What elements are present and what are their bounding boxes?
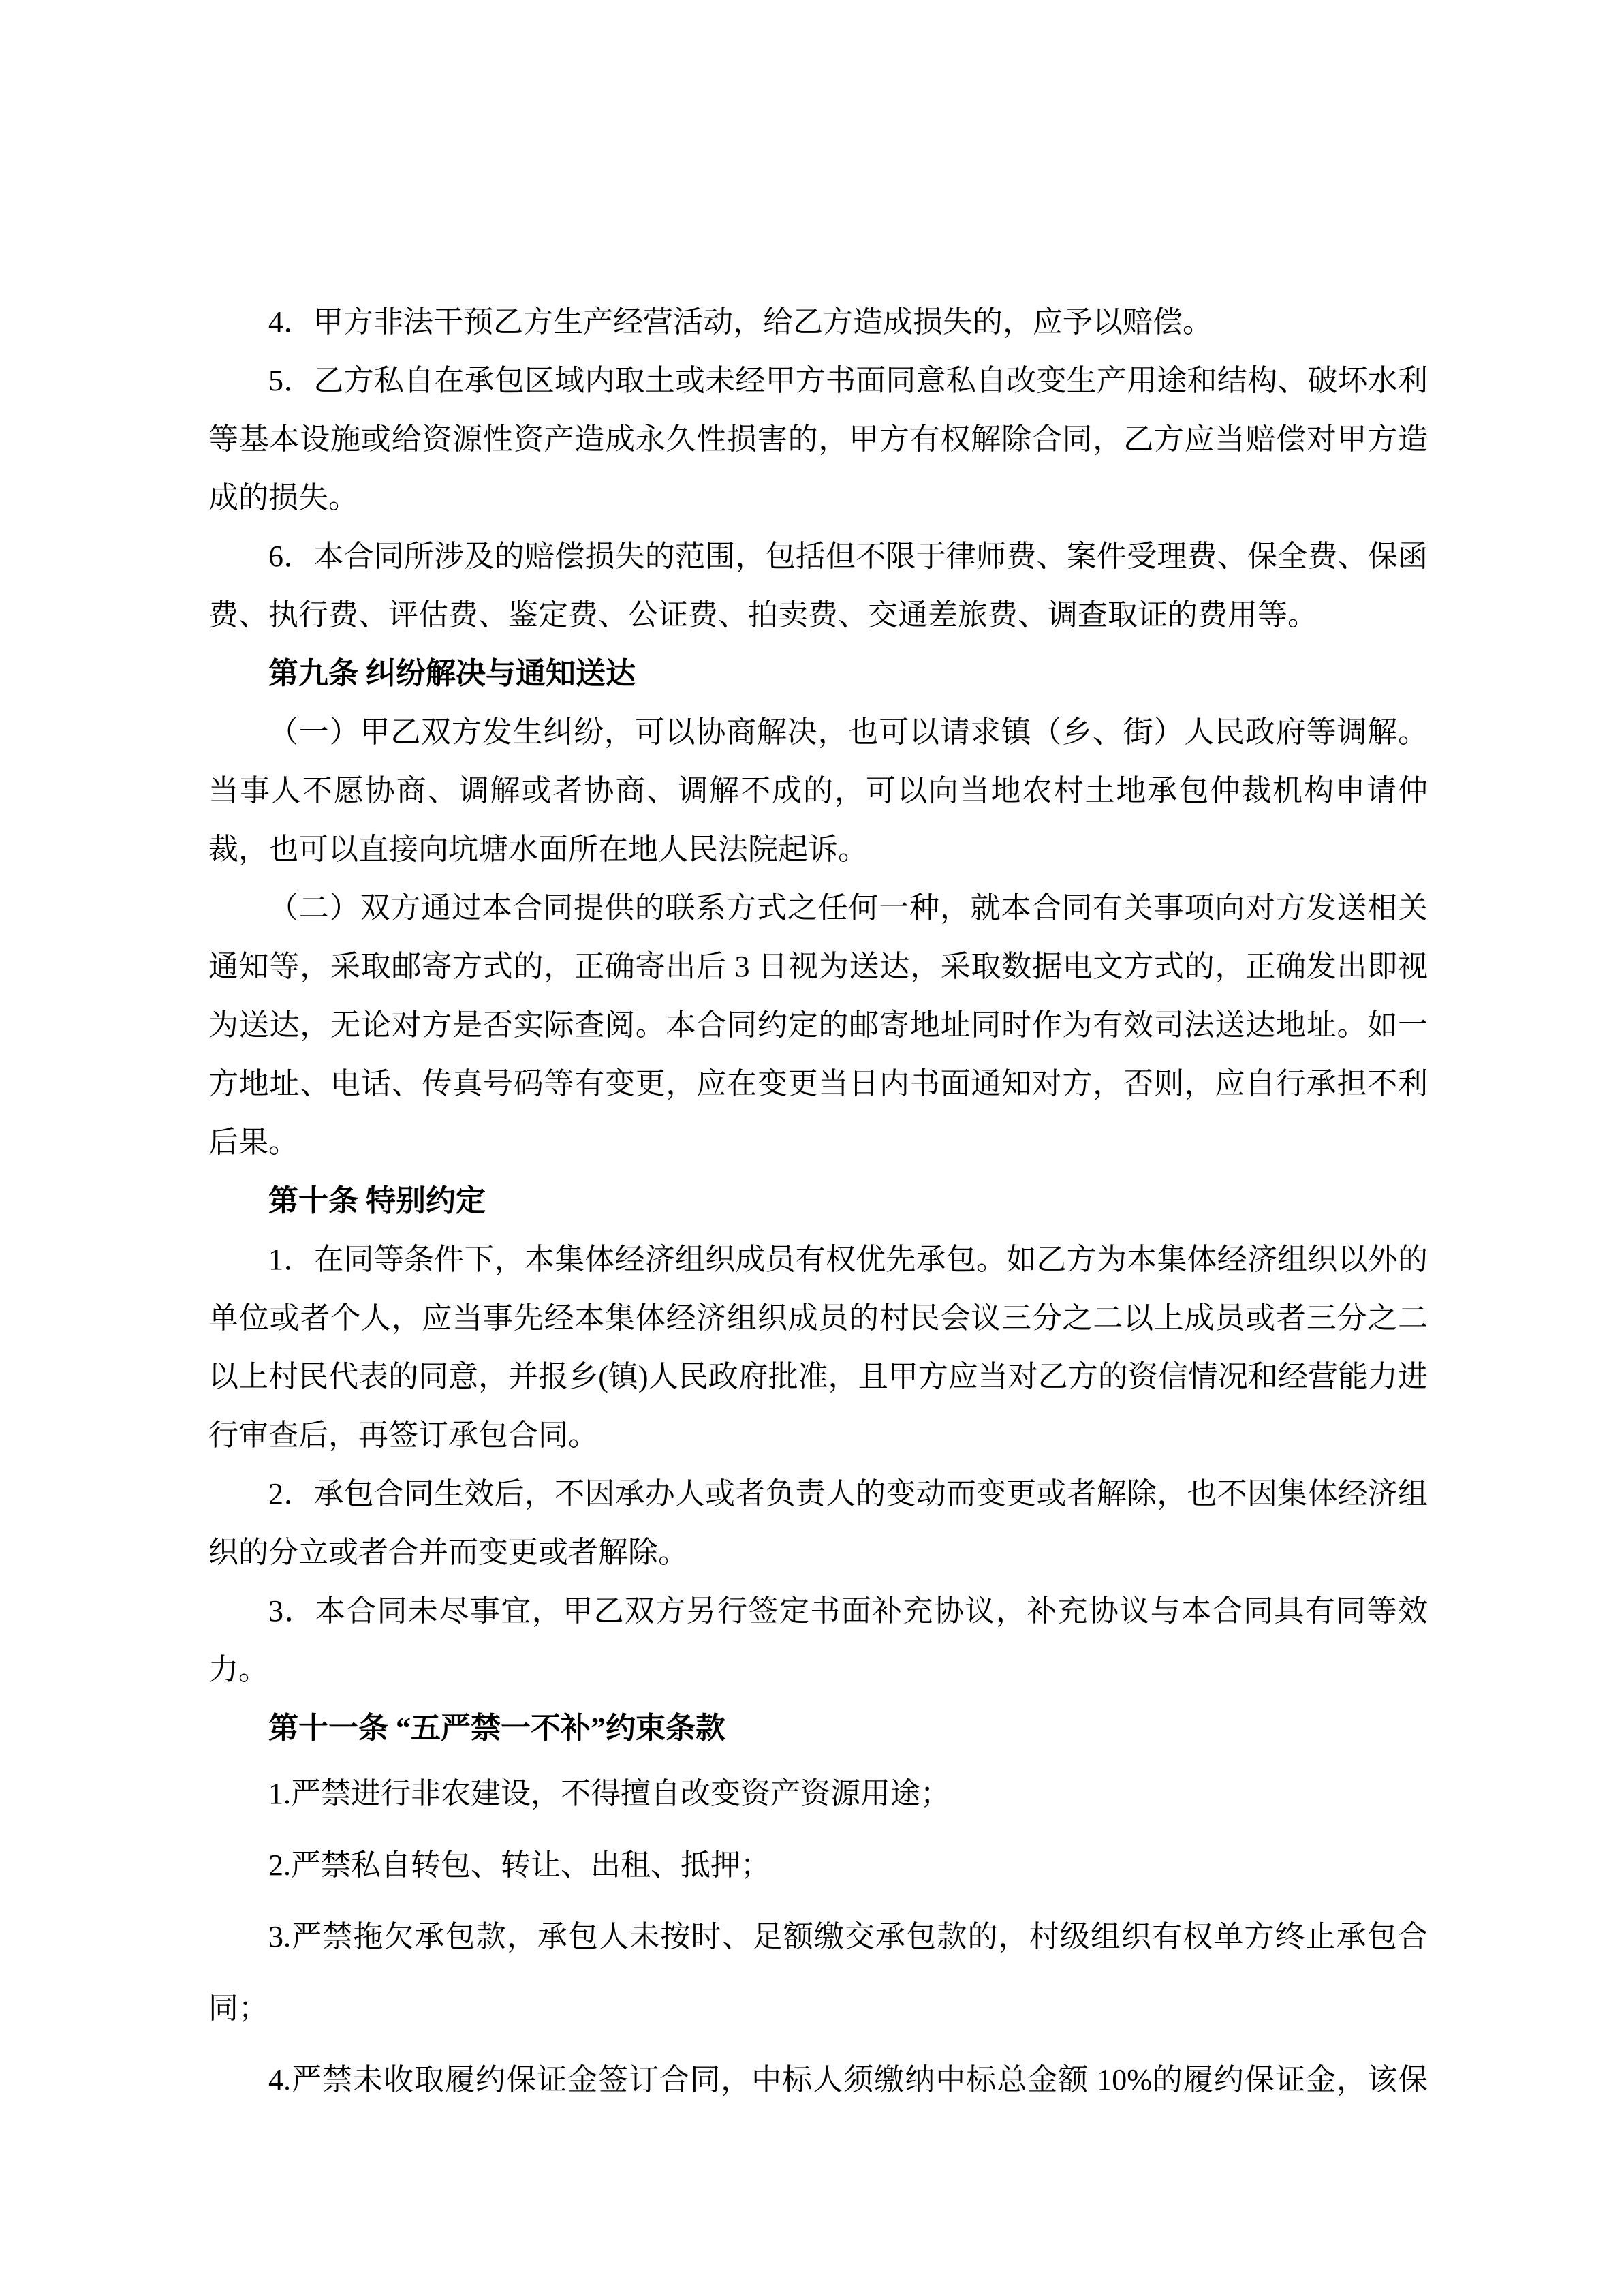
heading-article-9: 第九条 纠纷解决与通知送达 [208,645,1428,703]
clause-special-1: 1．在同等条件下，本集体经济组织成员有权优先承包。如乙方为本集体经济组织以外的单… [208,1230,1428,1465]
document-page: 4．甲方非法干预乙方生产经营活动，给乙方造成损失的，应予以赔偿。 5．乙方私自在… [0,0,1624,2294]
clause-special-2: 2．承包合同生效后，不因承办人或者负责人的变动而变更或者解除，也不因集体经济组织… [208,1465,1428,1582]
clause-dispute-1: （一）甲乙双方发生纠纷，可以协商解决，也可以请求镇（乡、街）人民政府等调解。当事… [208,703,1428,879]
clause-6: 6．本合同所涉及的赔偿损失的范围，包括但不限于律师费、案件受理费、保全费、保函费… [208,527,1428,645]
restriction-item-1: 1.严禁进行非农建设，不得擅自改变资产资源用途； [208,1758,1428,1829]
restriction-item-4: 4.严禁未收取履约保证金签订合同，中标人须缴纳中标总金额 10%的履约保证金，该… [208,2044,1428,2115]
heading-article-10: 第十条 特别约定 [208,1172,1428,1230]
clause-5: 5．乙方私自在承包区域内取土或未经甲方书面同意私自改变生产用途和结构、破坏水利等… [208,352,1428,527]
heading-article-11: 第十一条 “五严禁一不补”约束条款 [208,1699,1428,1758]
restriction-item-3: 3.严禁拖欠承包款，承包人未按时、足额缴交承包款的，村级组织有权单方终止承包合同… [208,1901,1428,2044]
clause-4: 4．甲方非法干预乙方生产经营活动，给乙方造成损失的，应予以赔偿。 [208,293,1428,352]
clause-dispute-2: （二）双方通过本合同提供的联系方式之任何一种，就本合同有关事项向对方发送相关通知… [208,879,1428,1172]
clause-special-3: 3．本合同未尽事宜，甲乙双方另行签定书面补充协议，补充协议与本合同具有同等效力。 [208,1582,1428,1699]
restriction-item-2: 2.严禁私自转包、转让、出租、抵押； [208,1829,1428,1901]
